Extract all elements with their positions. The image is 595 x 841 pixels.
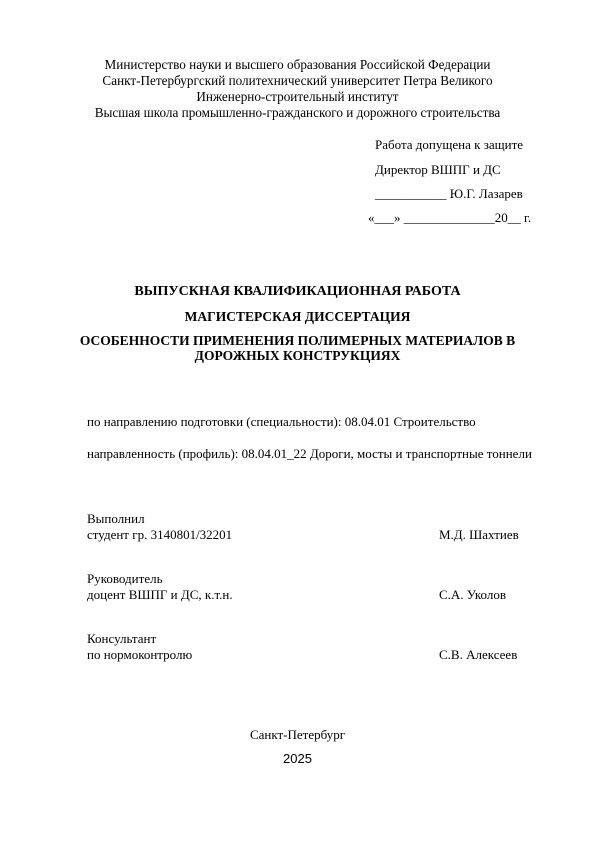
- topic-title-line-2: ДОРОЖНЫХ КОНСТРУКЦИЯХ: [0, 348, 595, 363]
- institute-line: Инженерно-строительный институт: [0, 89, 595, 105]
- signature-name: С.В. Алексеев: [439, 647, 517, 663]
- signature-name: С.А. Уколов: [439, 587, 506, 603]
- approval-line-3: ___________ Ю.Г. Лазарев: [375, 186, 523, 202]
- work-type-title: ВЫПУСКНАЯ КВАЛИФИКАЦИОННАЯ РАБОТА: [0, 284, 595, 300]
- signature-role: Консультант: [87, 631, 192, 647]
- direction-text: по направлению подготовки (специальности…: [87, 414, 553, 430]
- approval-line-1: Работа допущена к защите: [375, 137, 523, 153]
- signature-role: Выполнил: [87, 511, 232, 527]
- signature-role: Руководитель: [87, 571, 233, 587]
- topic-title-line-1: ОСОБЕННОСТИ ПРИМЕНЕНИЯ ПОЛИМЕРНЫХ МАТЕРИ…: [0, 333, 595, 348]
- signature-name: М.Д. Шахтиев: [439, 527, 519, 543]
- work-subtype-title: МАГИСТЕРСКАЯ ДИССЕРТАЦИЯ: [0, 309, 595, 325]
- footer-year: 2025: [0, 751, 595, 766]
- approval-line-2: Директор ВШПГ и ДС: [375, 162, 501, 178]
- signature-position: доцент ВШПГ и ДС, к.т.н.: [87, 587, 233, 603]
- approval-date-line: «___» ______________20__ г.: [368, 210, 531, 226]
- header-block: Министерство науки и высшего образования…: [0, 57, 595, 121]
- signature-supervisor: Руководитель доцент ВШПГ и ДС, к.т.н.: [87, 571, 233, 603]
- ministry-line: Министерство науки и высшего образования…: [0, 57, 595, 73]
- university-line: Санкт-Петербургский политехнический унив…: [0, 73, 595, 89]
- topic-title: ОСОБЕННОСТИ ПРИМЕНЕНИЯ ПОЛИМЕРНЫХ МАТЕРИ…: [0, 333, 595, 363]
- signature-consultant: Консультант по нормоконтролю: [87, 631, 192, 663]
- profile-text: направленность (профиль): 08.04.01_22 До…: [87, 446, 553, 462]
- signature-position: по нормоконтролю: [87, 647, 192, 663]
- signature-position: студент гр. 3140801/32201: [87, 527, 232, 543]
- signature-performer: Выполнил студент гр. 3140801/32201: [87, 511, 232, 543]
- footer-city: Санкт-Петербург: [0, 727, 595, 743]
- school-line: Высшая школа промышленно-гражданского и …: [0, 105, 595, 121]
